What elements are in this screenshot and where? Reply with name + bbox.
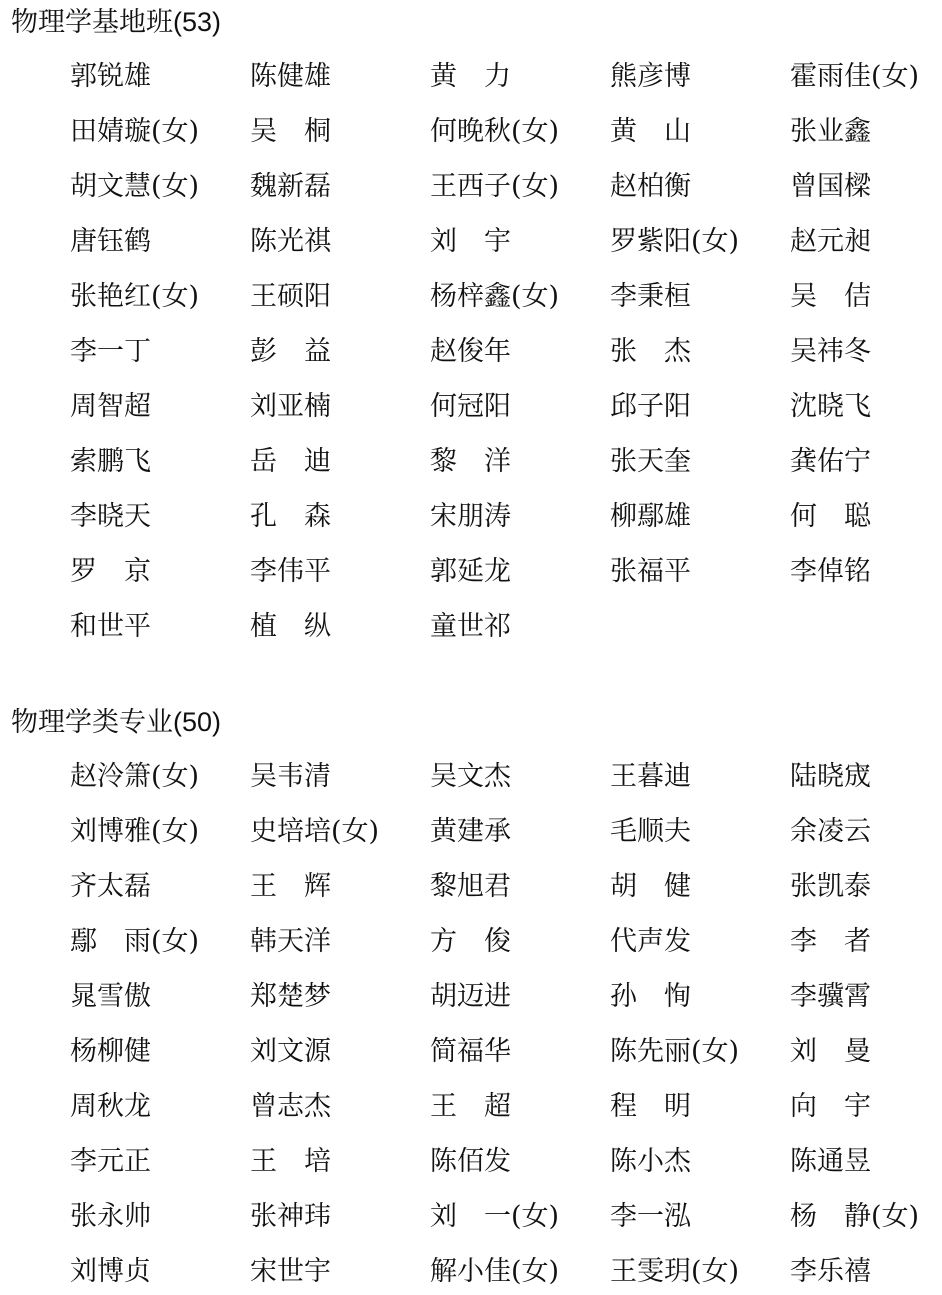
student-name: 何晚秋(女) [430, 112, 559, 152]
student-name: 张神玮 [250, 1197, 331, 1237]
student-name: 王 辉 [250, 867, 331, 907]
student-name: 李倬铭 [790, 552, 871, 592]
student-name: 郑楚梦 [250, 977, 331, 1017]
student-name: 王暮迪 [610, 757, 691, 797]
student-name: 史培培(女) [250, 812, 379, 852]
student-name: 刘博雅(女) [70, 812, 199, 852]
student-name: 张天奎 [610, 442, 691, 482]
student-name: 陈小杰 [610, 1142, 691, 1182]
student-name: 何 聪 [790, 497, 871, 537]
student-name: 李元正 [70, 1142, 151, 1182]
student-name: 王 培 [250, 1142, 331, 1182]
student-name: 晁雪傲 [70, 977, 151, 1017]
student-name: 方 俊 [430, 922, 511, 962]
student-name: 胡 健 [610, 867, 691, 907]
student-name: 周秋龙 [70, 1087, 151, 1127]
student-name: 龚佑宁 [790, 442, 871, 482]
student-name: 孙 恂 [610, 977, 691, 1017]
student-name: 李一丁 [70, 332, 151, 372]
student-name: 宋世宇 [250, 1252, 331, 1292]
student-name: 鄢 雨(女) [70, 922, 199, 962]
student-name: 黄建承 [430, 812, 511, 852]
student-name: 张业鑫 [790, 112, 871, 152]
student-name: 刘 曼 [790, 1032, 871, 1072]
student-name: 沈晓飞 [790, 387, 871, 427]
student-name: 曾志杰 [250, 1087, 331, 1127]
student-name: 刘亚楠 [250, 387, 331, 427]
student-name: 齐太磊 [70, 867, 151, 907]
student-name: 郭延龙 [430, 552, 511, 592]
student-name: 刘 一(女) [430, 1197, 559, 1237]
student-name: 黄 山 [610, 112, 691, 152]
student-name: 张凯泰 [790, 867, 871, 907]
student-name: 赵泠箫(女) [70, 757, 199, 797]
student-name: 吴文杰 [430, 757, 511, 797]
student-name: 李晓天 [70, 497, 151, 537]
student-name: 陈通昱 [790, 1142, 871, 1182]
student-name: 吴 佶 [790, 277, 871, 317]
student-name: 吴祎冬 [790, 332, 871, 372]
student-name: 李骥霄 [790, 977, 871, 1017]
student-name: 陆晓宬 [790, 757, 871, 797]
student-name: 代声发 [610, 922, 691, 962]
student-name: 孔 森 [250, 497, 331, 537]
student-name: 熊彦博 [610, 57, 691, 97]
student-name: 黎旭君 [430, 867, 511, 907]
student-name: 邱子阳 [610, 387, 691, 427]
student-name: 植 纵 [250, 607, 331, 647]
section-title-text: 物理学类专业 [11, 707, 173, 738]
student-name: 索鹏飞 [70, 442, 151, 482]
student-name: 刘博贞 [70, 1252, 151, 1292]
student-name: 杨柳健 [70, 1032, 151, 1072]
student-name: 韩天洋 [250, 922, 331, 962]
student-name: 余凌云 [790, 812, 871, 852]
student-name: 曾国樑 [790, 167, 871, 207]
student-name: 简福华 [430, 1032, 511, 1072]
student-name: 李一泓 [610, 1197, 691, 1237]
section-title: 物理学基地班(53) [11, 2, 221, 42]
section-count: (53) [173, 7, 221, 37]
student-name: 王 超 [430, 1087, 511, 1127]
student-name: 赵柏衡 [610, 167, 691, 207]
student-name: 赵俊年 [430, 332, 511, 372]
student-name: 毛顺夫 [610, 812, 691, 852]
student-name: 罗 京 [70, 552, 151, 592]
student-name: 陈健雄 [250, 57, 331, 97]
student-name: 李伟平 [250, 552, 331, 592]
student-name: 郭锐雄 [70, 57, 151, 97]
student-name: 陈先丽(女) [610, 1032, 739, 1072]
student-name: 柳鄢雄 [610, 497, 691, 537]
student-name: 赵元昶 [790, 222, 871, 262]
student-name: 张 杰 [610, 332, 691, 372]
student-name: 魏新磊 [250, 167, 331, 207]
student-name: 张艳红(女) [70, 277, 199, 317]
student-name: 杨 静(女) [790, 1197, 919, 1237]
student-name: 吴韦清 [250, 757, 331, 797]
student-name: 和世平 [70, 607, 151, 647]
student-name: 童世祁 [430, 607, 511, 647]
student-name: 胡文慧(女) [70, 167, 199, 207]
student-name: 王硕阳 [250, 277, 331, 317]
student-name: 李乐禧 [790, 1252, 871, 1292]
student-name: 刘 宇 [430, 222, 511, 262]
student-name: 陈佰发 [430, 1142, 511, 1182]
student-name: 黎 洋 [430, 442, 511, 482]
student-name: 宋朋涛 [430, 497, 511, 537]
student-name: 王西子(女) [430, 167, 559, 207]
student-name: 陈光祺 [250, 222, 331, 262]
student-name: 霍雨佳(女) [790, 57, 919, 97]
student-name: 吴 桐 [250, 112, 331, 152]
student-name: 王雯玥(女) [610, 1252, 739, 1292]
student-name: 李 者 [790, 922, 871, 962]
student-name: 岳 迪 [250, 442, 331, 482]
student-name: 周智超 [70, 387, 151, 427]
student-name: 李秉桓 [610, 277, 691, 317]
student-name: 何冠阳 [430, 387, 511, 427]
student-name: 黄 力 [430, 57, 511, 97]
student-name: 胡迈进 [430, 977, 511, 1017]
student-name: 罗紫阳(女) [610, 222, 739, 262]
section-title-text: 物理学基地班 [11, 7, 173, 38]
student-name: 张福平 [610, 552, 691, 592]
student-name: 田婧璇(女) [70, 112, 199, 152]
student-name: 彭 益 [250, 332, 331, 372]
student-name: 解小佳(女) [430, 1252, 559, 1292]
student-name: 刘文源 [250, 1032, 331, 1072]
student-name: 张永帅 [70, 1197, 151, 1237]
student-name: 向 宇 [790, 1087, 871, 1127]
student-name: 程 明 [610, 1087, 691, 1127]
section-count: (50) [173, 707, 221, 737]
student-name: 唐钰鹤 [70, 222, 151, 262]
section-title: 物理学类专业(50) [11, 702, 221, 742]
student-name: 杨梓鑫(女) [430, 277, 559, 317]
